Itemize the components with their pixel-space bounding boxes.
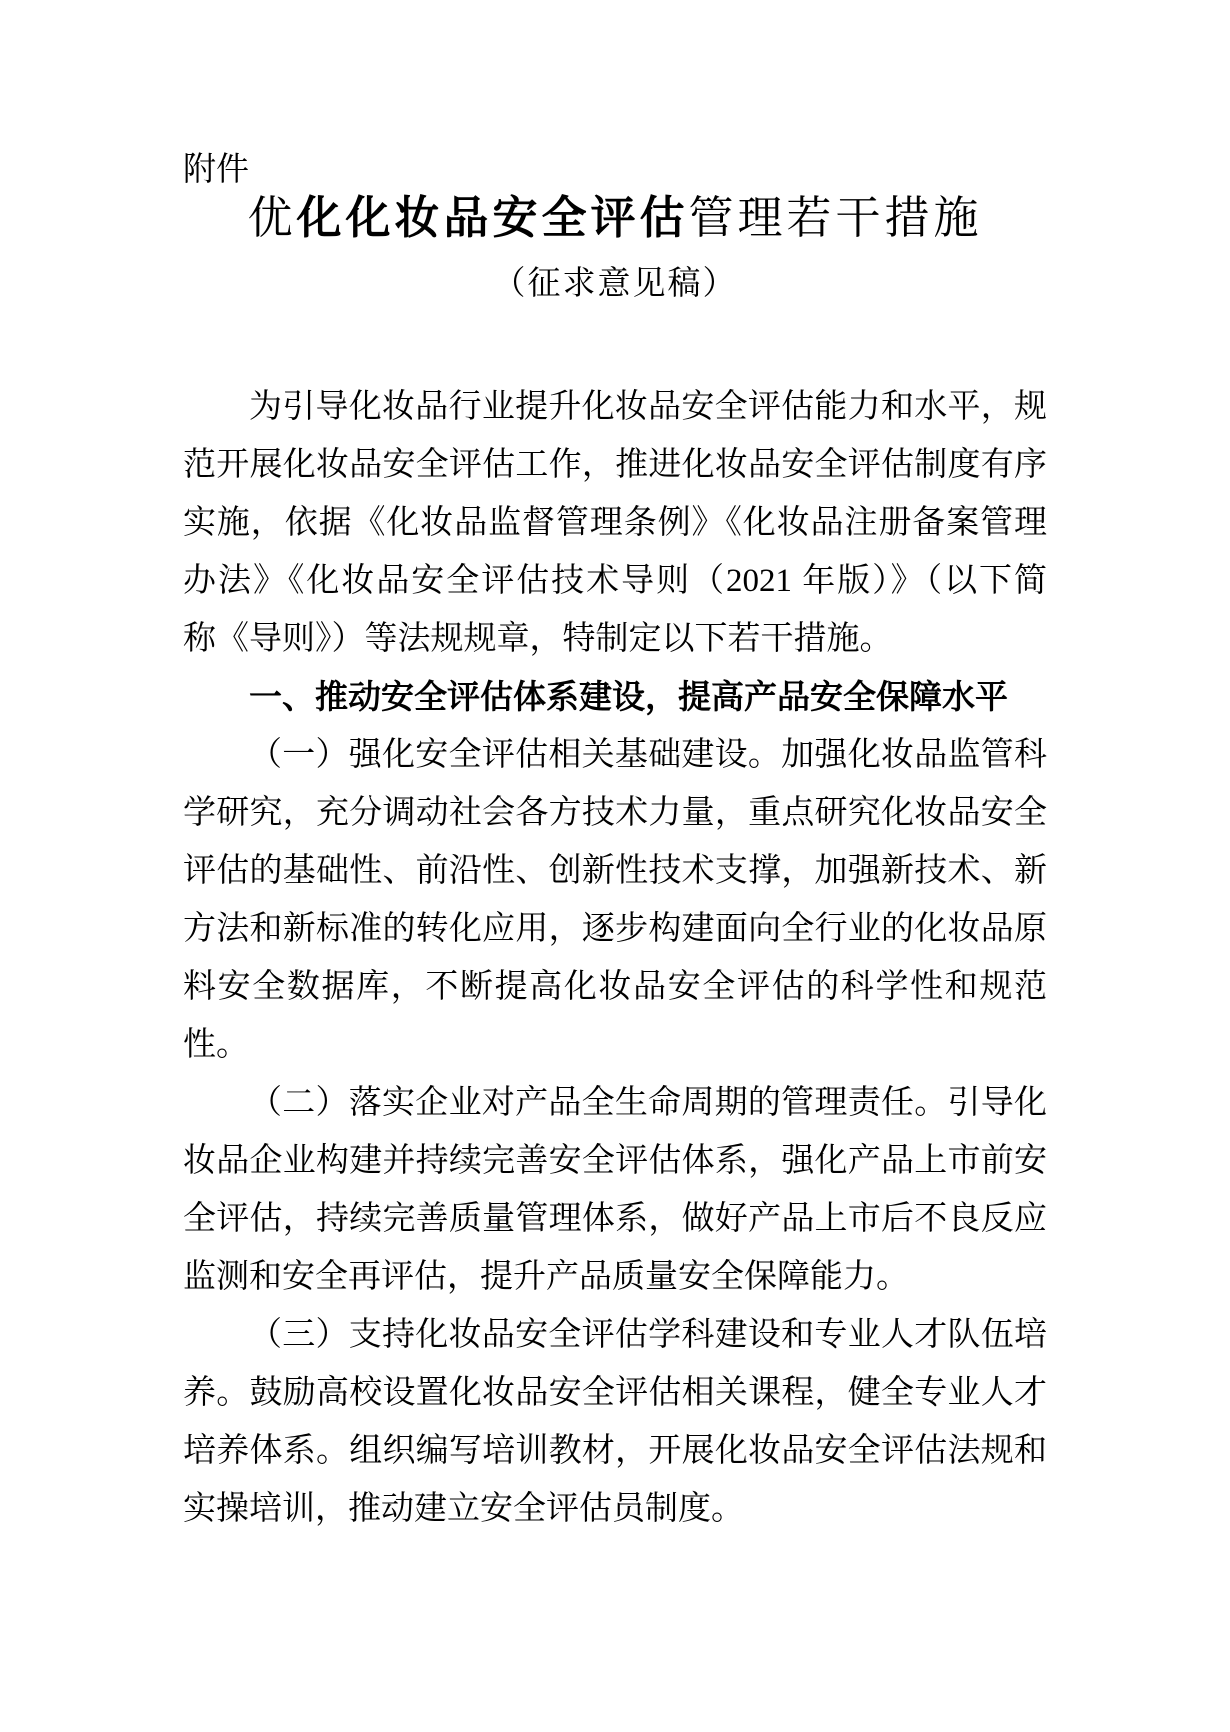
text-line: 实施，依据《化妆品监督管理条例》《化妆品注册备案管理 [183, 494, 1047, 552]
text-line: （一）强化安全评估相关基础建设。加强化妆品监管科 [183, 726, 1047, 784]
text-line: 全评估，持续完善质量管理体系，做好产品上市后不良反应 [183, 1190, 1047, 1248]
heading-line: 一、推动安全评估体系建设，提高产品安全保障水平 [183, 668, 1047, 726]
text-line: 评估的基础性、前沿性、创新性技术支撑，加强新技术、新 [183, 842, 1047, 900]
text-line: 实操培训，推动建立安全评估员制度。 [183, 1480, 1047, 1538]
text-line: （三）支持化妆品安全评估学科建设和专业人才队伍培 [183, 1306, 1047, 1364]
title-segment-bold: 化化妆品安全评估 [296, 193, 688, 243]
document-body: 为引导化妆品行业提升化妆品安全评估能力和水平，规范开展化妆品安全评估工作，推进化… [183, 378, 1047, 1538]
text-line: 范开展化妆品安全评估工作，推进化妆品安全评估制度有序 [183, 436, 1047, 494]
text-line: 为引导化妆品行业提升化妆品安全评估能力和水平，规 [183, 378, 1047, 436]
text-line: 学研究，充分调动社会各方技术力量，重点研究化妆品安全 [183, 784, 1047, 842]
section-heading: 一、推动安全评估体系建设，提高产品安全保障水平 [183, 668, 1047, 726]
text-line: 办法》《化妆品安全评估技术导则（2021 年版）》（以下简 [183, 552, 1047, 610]
text-line: 称《导则》）等法规规章，特制定以下若干措施。 [183, 610, 1047, 668]
text-line: 方法和新标准的转化应用，逐步构建面向全行业的化妆品原 [183, 900, 1047, 958]
paragraph: （二）落实企业对产品全生命周期的管理责任。引导化妆品企业构建并持续完善安全评估体… [183, 1074, 1047, 1306]
text-line: 料安全数据库，不断提高化妆品安全评估的科学性和规范 [183, 958, 1047, 1016]
text-line: （二）落实企业对产品全生命周期的管理责任。引导化 [183, 1074, 1047, 1132]
text-line: 监测和安全再评估，提升产品质量安全保障能力。 [183, 1248, 1047, 1306]
document-title: 优化化妆品安全评估管理若干措施 [183, 189, 1047, 247]
title-segment-regular-start: 优 [247, 193, 296, 243]
paragraph: （一）强化安全评估相关基础建设。加强化妆品监管科学研究，充分调动社会各方技术力量… [183, 726, 1047, 1074]
text-line: 培养体系。组织编写培训教材，开展化妆品安全评估法规和 [183, 1422, 1047, 1480]
document-subtitle: （征求意见稿） [183, 263, 1047, 305]
text-line: 妆品企业构建并持续完善安全评估体系，强化产品上市前安 [183, 1132, 1047, 1190]
paragraph: （三）支持化妆品安全评估学科建设和专业人才队伍培养。鼓励高校设置化妆品安全评估相… [183, 1306, 1047, 1538]
title-segment-regular-end: 管理若干措施 [689, 193, 983, 243]
paragraph: 为引导化妆品行业提升化妆品安全评估能力和水平，规范开展化妆品安全评估工作，推进化… [183, 378, 1047, 668]
text-line: 养。鼓励高校设置化妆品安全评估相关课程，健全专业人才 [183, 1364, 1047, 1422]
text-line: 性。 [183, 1016, 1047, 1074]
attachment-label: 附件 [183, 149, 1047, 189]
document-page: 附件 优化化妆品安全评估管理若干措施 （征求意见稿） 为引导化妆品行业提升化妆品… [0, 0, 1230, 1732]
